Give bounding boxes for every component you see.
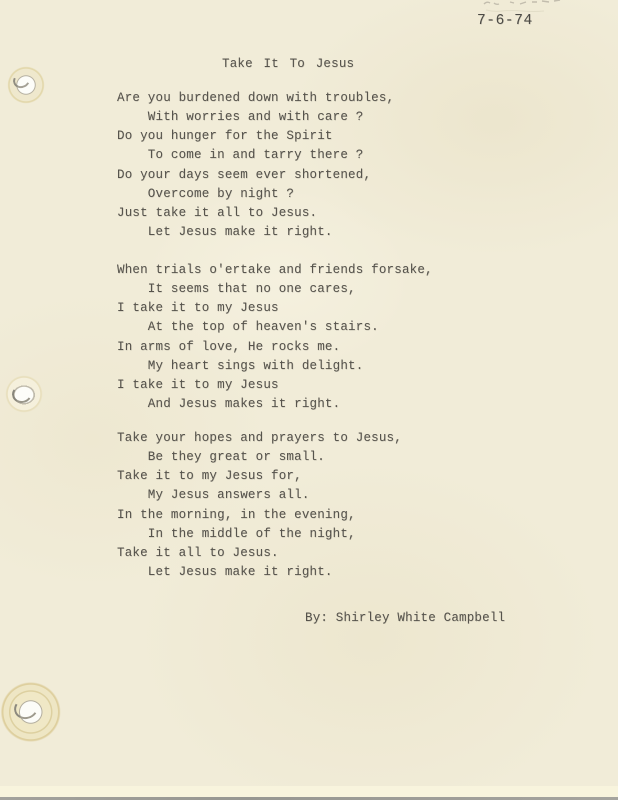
poem-title: Take It To Jesus — [222, 57, 354, 71]
scanned-poem-page: 7-6-74 Take It To Jesus Are you burdened… — [0, 0, 618, 800]
poem-stanza-2: When trials o'ertake and friends forsake… — [117, 261, 433, 414]
punch-hole-bottom — [0, 680, 64, 744]
pencil-scribble-icon — [480, 0, 562, 14]
date-stamp: 7-6-74 — [477, 13, 533, 29]
punch-hole-middle — [2, 372, 46, 416]
page-bottom-band — [0, 786, 618, 797]
author-byline: By: Shirley White Campbell — [305, 611, 505, 625]
poem-stanza-3: Take your hopes and prayers to Jesus, Be… — [117, 429, 402, 582]
poem-stanza-1: Are you burdened down with troubles, Wit… — [117, 89, 394, 242]
punch-hole-top — [4, 63, 48, 107]
